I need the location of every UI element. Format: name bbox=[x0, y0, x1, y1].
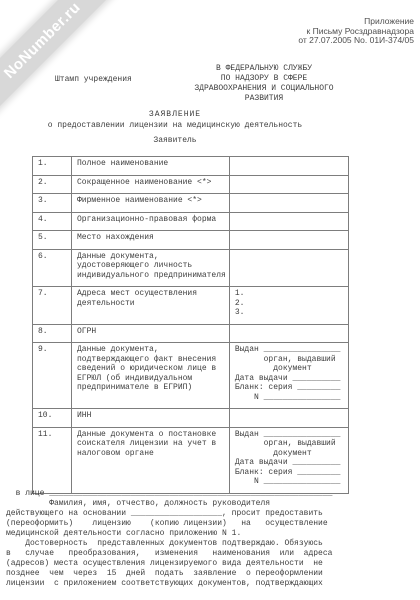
row-value: Выдан ________________ орган, выдавший д… bbox=[229, 427, 348, 493]
table-row: 3. Фирменное наименование <*> bbox=[33, 194, 349, 213]
row-label: ОГРН bbox=[72, 324, 230, 343]
footer-line: в лице _________________________________… bbox=[6, 489, 332, 499]
row-number: 1. bbox=[33, 157, 72, 176]
table-row: 10. ИНН bbox=[33, 409, 349, 428]
row-label: Данные документа о постановке соискателя… bbox=[72, 427, 230, 493]
row-number: 10. bbox=[33, 409, 72, 428]
footer-line: позднее чем через 15 дней подать заявлен… bbox=[6, 569, 332, 579]
table-row: 1. Полное наименование bbox=[33, 157, 349, 176]
document-page: NoNumber.ru Приложение к Письму Росздрав… bbox=[0, 0, 420, 600]
watermark-band: NoNumber.ru bbox=[0, 0, 118, 116]
row-number: 4. bbox=[33, 212, 72, 231]
row-value bbox=[229, 157, 348, 176]
table-row: 7. Адреса мест осуществления деятельност… bbox=[33, 287, 349, 325]
table-row: 6. Данные документа, удостоверяющего лич… bbox=[33, 249, 349, 287]
watermark-text: NoNumber.ru bbox=[0, 0, 83, 82]
row-value bbox=[229, 409, 348, 428]
row-label: Место нахождения bbox=[72, 231, 230, 250]
addressee-line: В ФЕДЕРАЛЬНУЮ СЛУЖБУ bbox=[188, 64, 340, 74]
row-value bbox=[229, 194, 348, 213]
row-number: 3. bbox=[33, 194, 72, 213]
row-label: Фирменное наименование <*> bbox=[72, 194, 230, 213]
table-row: 9. Данные документа, подтверждающего фак… bbox=[33, 343, 349, 409]
footer-line: в случае преобразования, изменения наиме… bbox=[6, 549, 332, 559]
applicant-heading: Заявитель bbox=[10, 136, 340, 145]
table-row: 11. Данные документа о постановке соиска… bbox=[33, 427, 349, 493]
footer-line: Фамилия, имя, отчество, должность руково… bbox=[6, 499, 332, 509]
applicant-table: 1. Полное наименование 2. Сокращенное на… bbox=[32, 156, 349, 494]
row-value bbox=[229, 212, 348, 231]
row-number: 2. bbox=[33, 175, 72, 194]
footer-line: Достоверность представленных документов … bbox=[6, 539, 332, 549]
addressee-block: В ФЕДЕРАЛЬНУЮ СЛУЖБУ ПО НАДЗОРУ В СФЕРЕ … bbox=[188, 64, 340, 104]
row-number: 8. bbox=[33, 324, 72, 343]
table-row: 8. ОГРН bbox=[33, 324, 349, 343]
row-label: Адреса мест осуществления деятельности bbox=[72, 287, 230, 325]
row-label: ИНН bbox=[72, 409, 230, 428]
footer-line: лицензии с приложением соответствующих д… bbox=[6, 579, 332, 589]
footer-line: действующего на основании ______________… bbox=[6, 509, 332, 519]
footer-paragraph: в лице _________________________________… bbox=[6, 489, 332, 589]
footer-line: (переоформить) лицензию (копию лицензии)… bbox=[6, 519, 332, 529]
row-label: Сокращенное наименование <*> bbox=[72, 175, 230, 194]
footer-line: (адресов) места осуществления лицензируе… bbox=[6, 559, 332, 569]
row-label: Данные документа, подтверждающего факт в… bbox=[72, 343, 230, 409]
row-value: 1. 2. 3. bbox=[229, 287, 348, 325]
stamp-label: Штамп учреждения bbox=[55, 75, 132, 84]
row-number: 5. bbox=[33, 231, 72, 250]
document-title-line2: о предоставлении лицензии на медицинскую… bbox=[10, 120, 340, 131]
addressee-line: ЗДРАВООХРАНЕНИЯ И СОЦИАЛЬНОГО bbox=[188, 84, 340, 94]
table-row: 5. Место нахождения bbox=[33, 231, 349, 250]
row-number: 11. bbox=[33, 427, 72, 493]
table-row: 2. Сокращенное наименование <*> bbox=[33, 175, 349, 194]
table-row: 4. Организационно-правовая форма bbox=[33, 212, 349, 231]
row-label: Полное наименование bbox=[72, 157, 230, 176]
row-value bbox=[229, 249, 348, 287]
row-number: 9. bbox=[33, 343, 72, 409]
row-value: Выдан ________________ орган, выдавший д… bbox=[229, 343, 348, 409]
row-value bbox=[229, 324, 348, 343]
row-number: 7. bbox=[33, 287, 72, 325]
row-label: Организационно-правовая форма bbox=[72, 212, 230, 231]
document-title: ЗАЯВЛЕНИЕ о предоставлении лицензии на м… bbox=[10, 109, 340, 131]
row-value bbox=[229, 231, 348, 250]
row-value bbox=[229, 175, 348, 194]
row-label: Данные документа, удостоверяющего личнос… bbox=[72, 249, 230, 287]
appendix-line: от 27.07.2005 No. 01И-374/05 bbox=[298, 36, 414, 46]
addressee-line: ПО НАДЗОРУ В СФЕРЕ bbox=[188, 74, 340, 84]
appendix-note: Приложение к Письму Росздравнадзора от 2… bbox=[298, 17, 414, 46]
document-title-line1: ЗАЯВЛЕНИЕ bbox=[10, 109, 340, 120]
addressee-line: РАЗВИТИЯ bbox=[188, 94, 340, 104]
row-number: 6. bbox=[33, 249, 72, 287]
footer-line: медицинской деятельности согласно прилож… bbox=[6, 529, 332, 539]
